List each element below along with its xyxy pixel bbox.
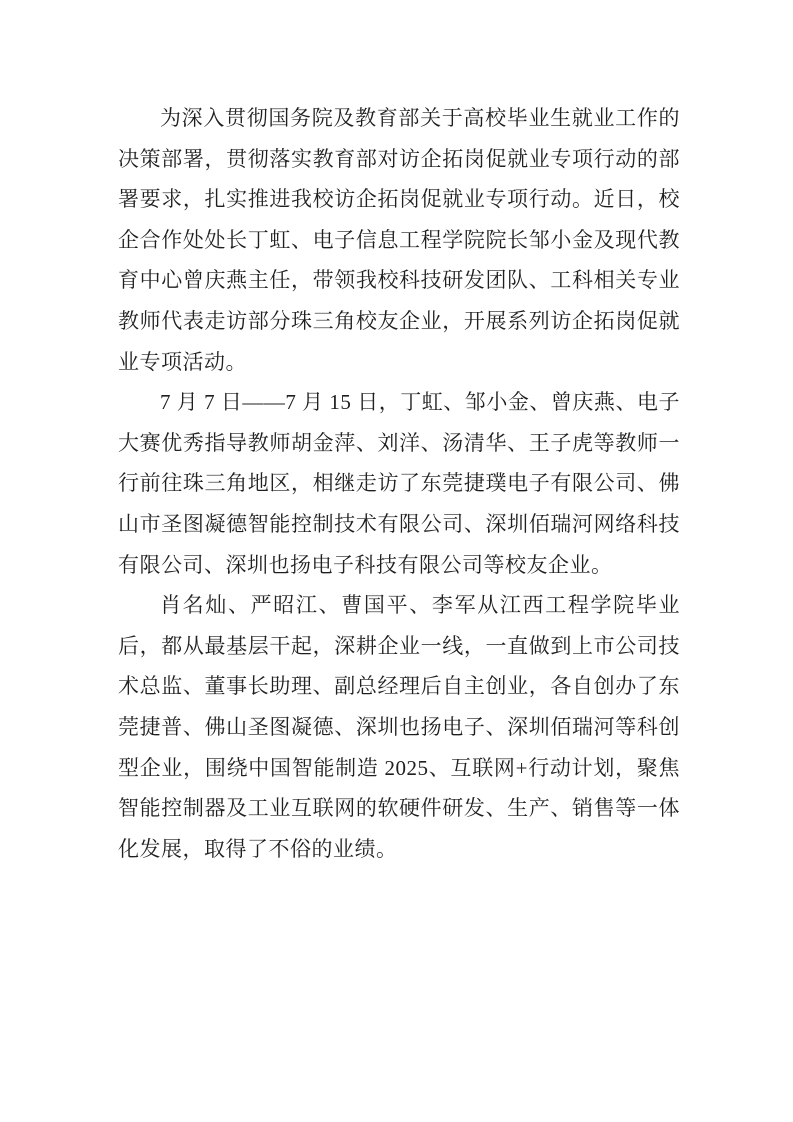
document-text-body: 为深入贯彻国务院及教育部关于高校毕业生就业工作的决策部署，贯彻落实教育部对访企拓… xyxy=(118,98,680,869)
paragraph-intro: 为深入贯彻国务院及教育部关于高校毕业生就业工作的决策部署，贯彻落实教育部对访企拓… xyxy=(118,98,680,382)
document-page: 为深入贯彻国务院及教育部关于高校毕业生就业工作的决策部署，贯彻落实教育部对访企拓… xyxy=(0,0,793,1122)
paragraph-alumni-achievements: 肖名灿、严昭江、曹国平、李军从江西工程学院毕业后，都从最基层干起，深耕企业一线，… xyxy=(118,585,680,869)
paragraph-visit-schedule: 7 月 7 日——7 月 15 日，丁虹、邹小金、曾庆燕、电子大赛优秀指导教师胡… xyxy=(118,382,680,585)
